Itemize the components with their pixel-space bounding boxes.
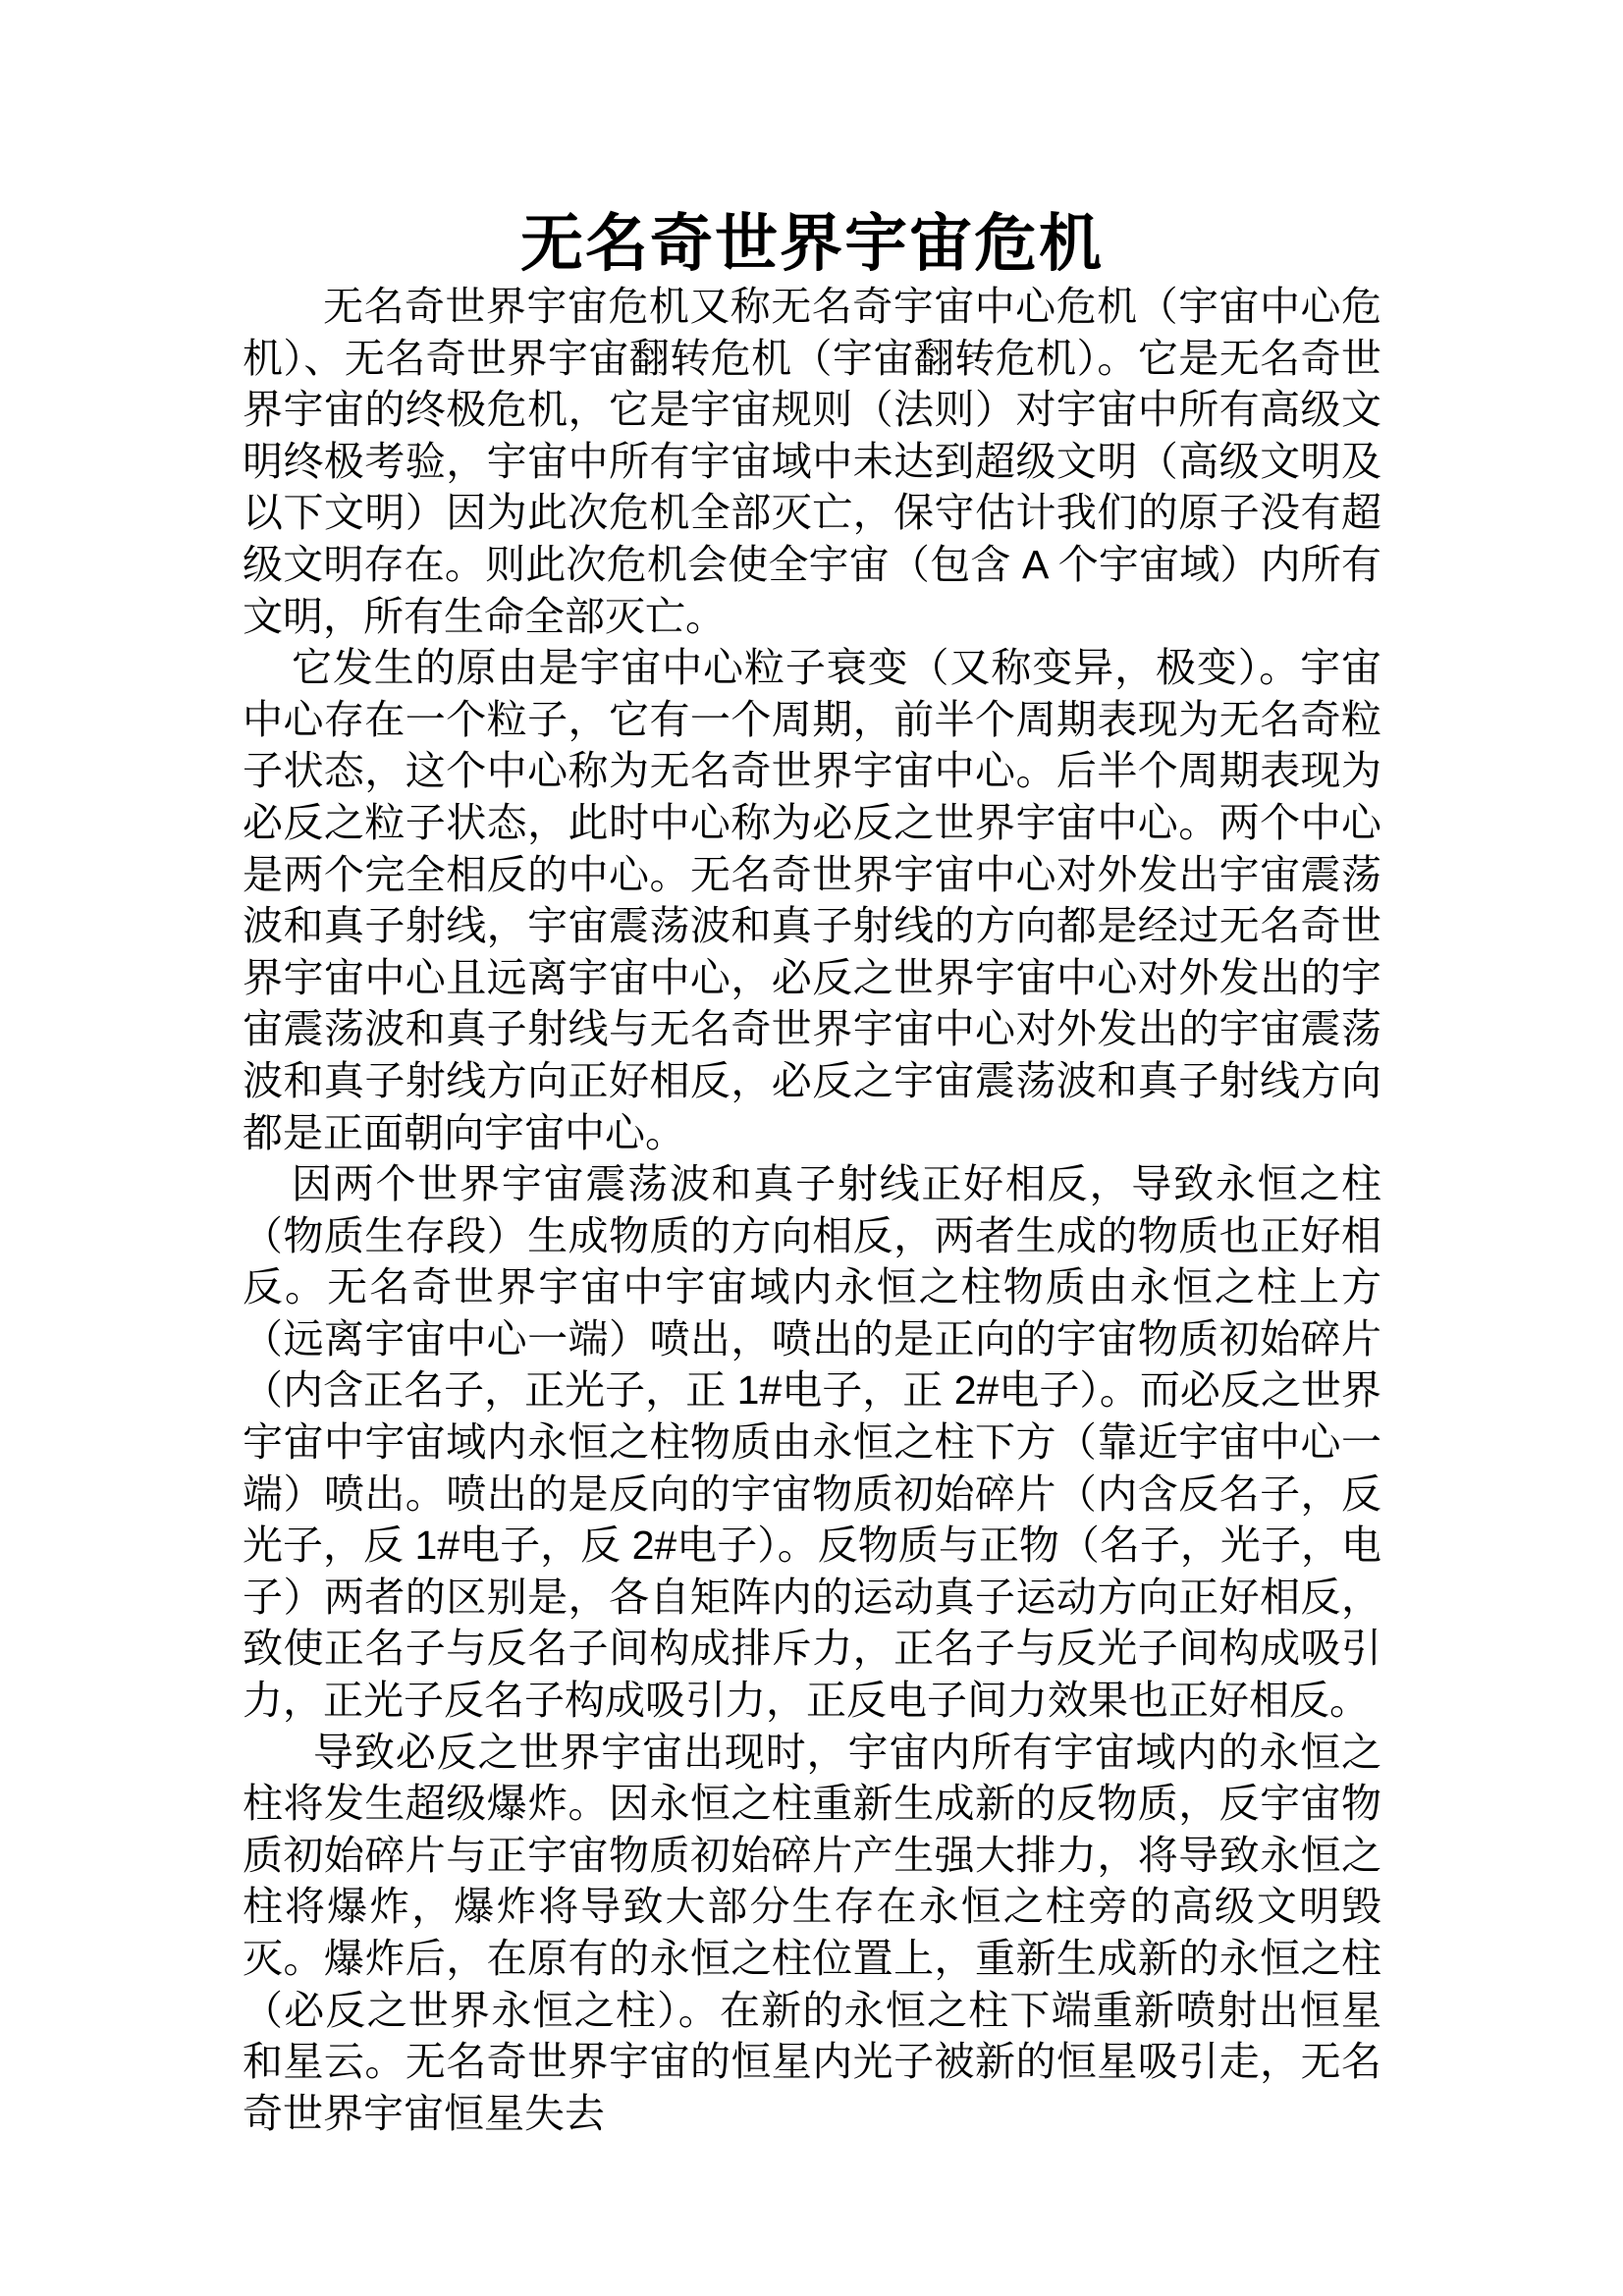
paragraph: 无名奇世界宇宙危机又称无名奇宇宙中心危机（宇宙中心危机）、无名奇世界宇宙翻转危机… [243, 281, 1381, 642]
paragraph: 因两个世界宇宙震荡波和真子射线正好相反，导致永恒之柱（物质生存段）生成物质的方向… [243, 1158, 1381, 1727]
page-title: 无名奇世界宇宙危机 [243, 208, 1381, 281]
paragraph: 导致必反之世界宇宙出现时，宇宙内所有宇宙域内的永恒之柱将发生超级爆炸。因永恒之柱… [243, 1727, 1381, 2140]
paragraph: 它发生的原由是宇宙中心粒子衰变（又称变异，极变）。宇宙中心存在一个粒子，它有一个… [243, 642, 1381, 1158]
document-body: 无名奇世界宇宙危机又称无名奇宇宙中心危机（宇宙中心危机）、无名奇世界宇宙翻转危机… [243, 281, 1381, 2139]
document-page: 无名奇世界宇宙危机 无名奇世界宇宙危机又称无名奇宇宙中心危机（宇宙中心危机）、无… [0, 0, 1623, 2296]
